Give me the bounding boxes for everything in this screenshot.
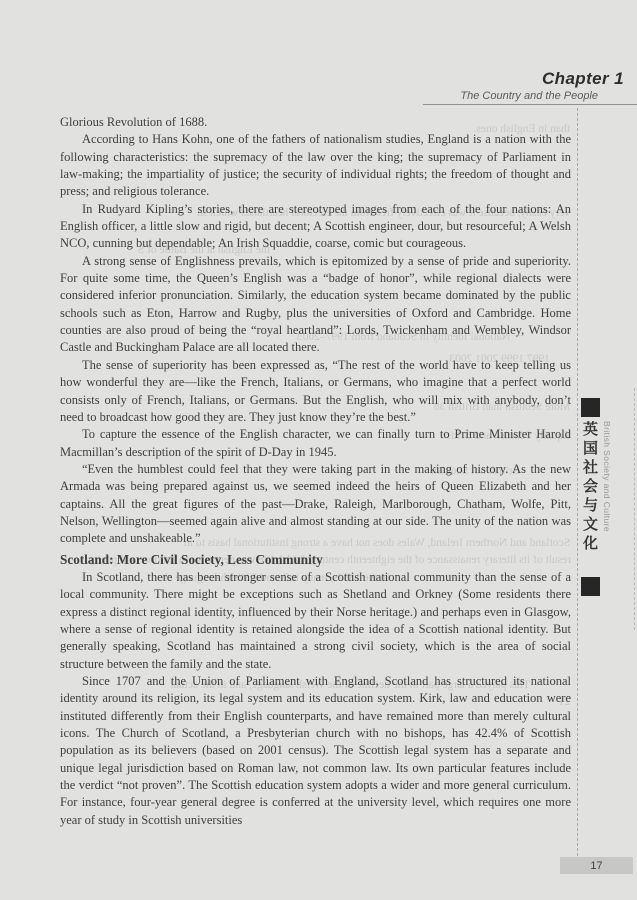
scanned-book-page: than in English ones.very easily, becaus… <box>0 0 637 900</box>
paragraph: To capture the essence of the English ch… <box>60 426 571 461</box>
page-number-bar: 17 <box>560 857 633 874</box>
paragraph: “Even the humblest could feel that they … <box>60 461 571 548</box>
paragraph: In Rudyard Kipling’s stories, there are … <box>60 201 571 253</box>
paragraph: Since 1707 and the Union of Parliament w… <box>60 673 571 829</box>
series-title-english: British Society and Culture <box>602 421 612 566</box>
section-heading: Scotland: More Civil Society, Less Commu… <box>60 551 571 568</box>
series-title-chinese: 英国社会与文化 <box>580 421 601 576</box>
chapter-subtitle: The Country and the People <box>460 90 598 102</box>
paragraph: A strong sense of Englishness prevails, … <box>60 253 571 357</box>
header-rule <box>423 104 637 105</box>
sidebar-square-bottom <box>581 577 600 596</box>
chapter-title: Chapter 1 <box>542 69 624 89</box>
page-number: 17 <box>590 860 602 872</box>
sidebar-dashed-line-right <box>634 388 635 630</box>
paragraph: Glorious Revolution of 1688. <box>60 114 571 131</box>
paragraph: According to Hans Kohn, one of the fathe… <box>60 131 571 200</box>
sidebar-square-top <box>581 398 600 417</box>
body-text: Glorious Revolution of 1688.According to… <box>60 114 571 829</box>
paragraph: In Scotland, there has been stronger sen… <box>60 569 571 673</box>
sidebar-dashed-line <box>577 108 578 856</box>
paragraph: The sense of superiority has been expres… <box>60 357 571 426</box>
